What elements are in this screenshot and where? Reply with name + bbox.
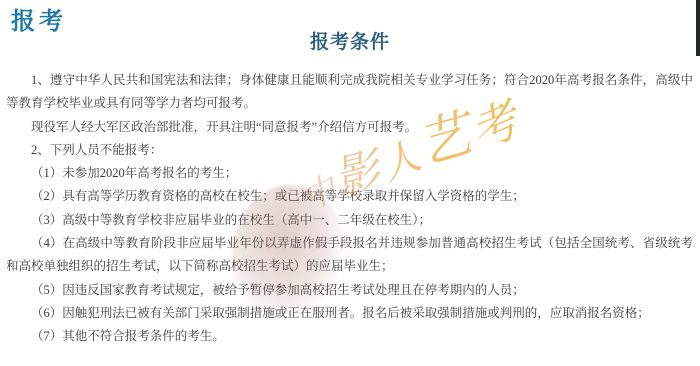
body-paragraph-4: （1）未参加2020年高考报名的考生；	[6, 162, 693, 185]
scrollbar-thumb[interactable]	[696, 0, 700, 56]
body-paragraph-10: （7）其他不符合报考条件的考生。	[6, 325, 693, 348]
body-paragraph-5: （2）具有高等学历教育资格的高校在校生；或已被高等学校录取并保留入学资格的学生；	[6, 185, 693, 208]
body-paragraph-6: （3）高级中等教育学校非应届毕业的在校生（高中一、二年级在校生）；	[6, 209, 693, 232]
body-paragraph-8: （5）因违反国家教育考试规定，被给予暂停参加高校招生考试处理且在停考期内的人员；	[6, 279, 693, 302]
document-title: 报考条件	[0, 27, 700, 54]
body-paragraph-1: 1、遵守中华人民共和国宪法和法律；身体健康且能顺利完成我院相关专业学习任务；符合…	[6, 69, 693, 116]
document-body: 1、遵守中华人民共和国宪法和法律；身体健康且能顺利完成我院相关专业学习任务；符合…	[6, 69, 693, 349]
body-paragraph-2: 现役军人经大军区政治部批准，开具注明“同意报考”介绍信方可报考。	[6, 116, 693, 139]
body-paragraph-3: 2、下列人员不能报考：	[6, 139, 693, 162]
body-paragraph-7: （4）在高级中等教育阶段非应届毕业年份以弄虚作假手段报名并违规参加普通高校招生考…	[6, 232, 693, 279]
body-paragraph-9: （6）因触犯刑法已被有关部门采取强制措施或正在服刑者。报名后被采取强制措施或判刑…	[6, 302, 693, 325]
